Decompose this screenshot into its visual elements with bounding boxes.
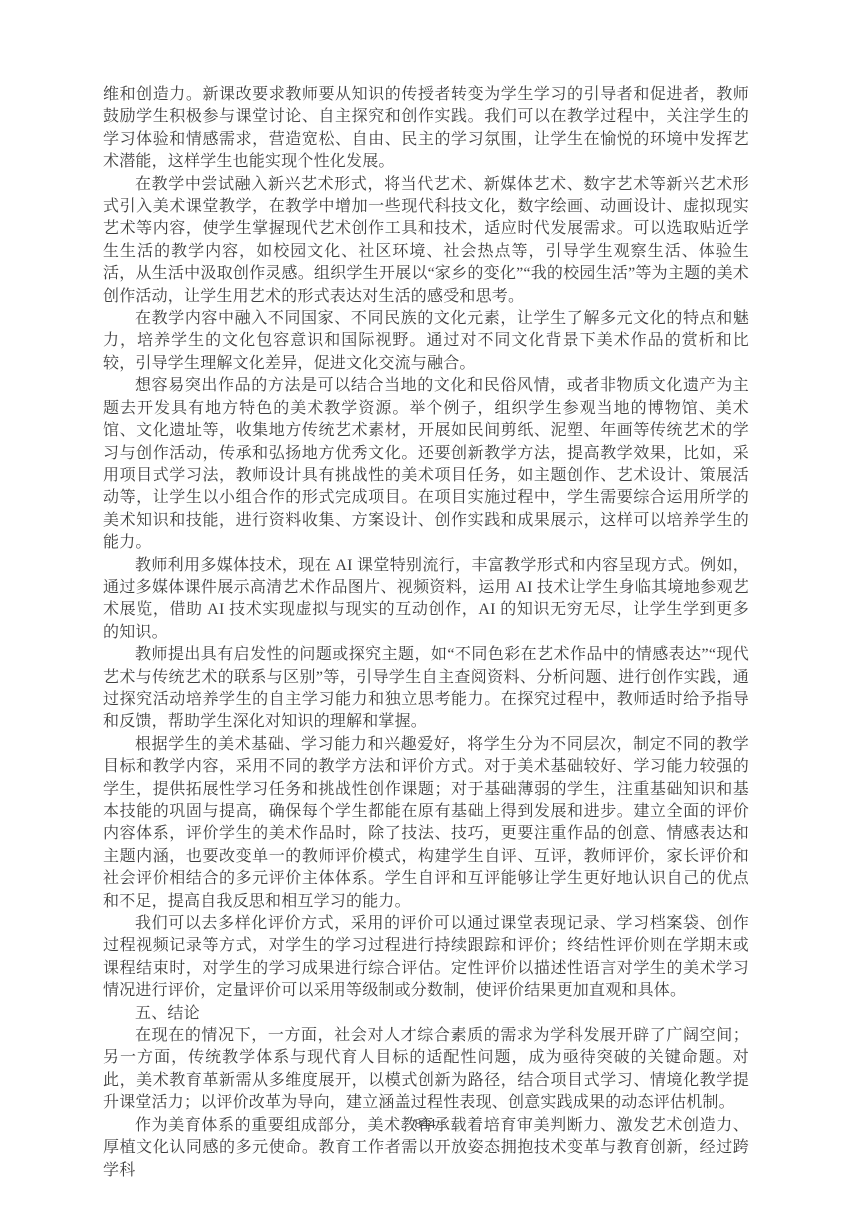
document-body: 维和创造力。新课改要求教师要从知识的传授者转变为学生学习的引导者和促进者，教师鼓…: [103, 84, 749, 1182]
document-page: 维和创造力。新课改要求教师要从知识的传授者转变为学生学习的引导者和促进者，教师鼓…: [0, 0, 850, 1205]
paragraph: 在现在的情况下，一方面，社会对人才综合素质的需求为学科发展开辟了广阔空间；另一方…: [103, 1025, 749, 1115]
page-number: 844: [0, 1116, 850, 1134]
paragraph: 教师提出具有启发性的问题或探究主题，如“不同色彩在艺术作品中的情感表达”“现代艺…: [103, 644, 749, 734]
paragraph: 想容易突出作品的方法是可以结合当地的文化和民俗风情，或者非物质文化遗产为主题去开…: [103, 375, 749, 554]
paragraph: 在教学中尝试融入新兴艺术形式，将当代艺术、新媒体艺术、数字艺术等新兴艺术形式引入…: [103, 174, 749, 308]
paragraph: 在教学内容中融入不同国家、不同民族的文化元素，让学生了解多元文化的特点和魅力，培…: [103, 308, 749, 375]
paragraph: 维和创造力。新课改要求教师要从知识的传授者转变为学生学习的引导者和促进者，教师鼓…: [103, 84, 749, 174]
paragraph: 我们可以去多样化评价方式，采用的评价可以通过课堂表现记录、学习档案袋、创作过程视…: [103, 913, 749, 1003]
section-heading: 五、结论: [103, 1003, 749, 1025]
paragraph: 教师利用多媒体技术，现在 AI 课堂特别流行，丰富教学形式和内容呈现方式。例如，…: [103, 555, 749, 645]
paragraph: 根据学生的美术基础、学习能力和兴趣爱好，将学生分为不同层次，制定不同的教学目标和…: [103, 734, 749, 913]
